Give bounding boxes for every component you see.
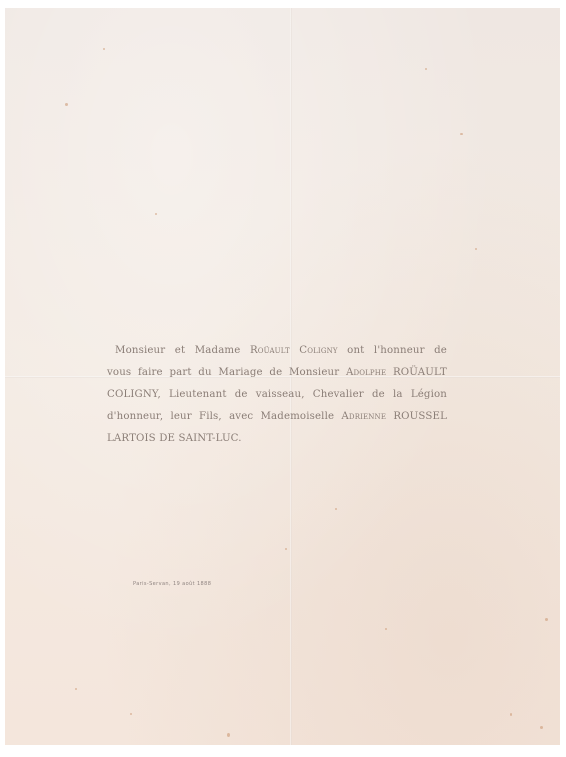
foxing-spot bbox=[65, 103, 68, 106]
foxing-spot bbox=[227, 733, 230, 737]
family-name: Roüault Coligny bbox=[250, 345, 338, 356]
place-date-line: Paris-Servan, 19 août 1888 bbox=[133, 581, 211, 587]
foxing-spot bbox=[385, 628, 387, 630]
foxing-spot bbox=[460, 133, 463, 135]
announcement-line: vous faire part du Mariage de Monsieur A… bbox=[107, 362, 447, 384]
foxing-spot bbox=[510, 713, 512, 716]
foxing-spot bbox=[130, 713, 132, 715]
foxing-spot bbox=[540, 726, 543, 729]
announcement-line: d'honneur, leur Fils, avec Mademoiselle … bbox=[107, 406, 447, 428]
announcement-line: COLIGNY, Lieutenant de vaisseau, Chevali… bbox=[107, 384, 447, 406]
foxing-spot bbox=[475, 248, 477, 250]
announcement-text: Monsieur et Madame Roüault Coligny ont l… bbox=[107, 340, 447, 450]
foxing-spot bbox=[155, 213, 157, 215]
bride-first-name: Adrienne bbox=[341, 411, 386, 422]
announcement-line: Monsieur et Madame Roüault Coligny ont l… bbox=[107, 340, 447, 362]
foxing-spot bbox=[545, 618, 548, 621]
foxing-spot bbox=[103, 48, 105, 50]
groom-first-name: Adolphe bbox=[346, 367, 386, 378]
foxing-spot bbox=[75, 688, 77, 690]
foxing-spot bbox=[285, 548, 287, 550]
foxing-spot bbox=[335, 508, 337, 510]
announcement-line: LARTOIS DE SAINT-LUC. bbox=[107, 428, 447, 450]
foxing-spot bbox=[425, 68, 427, 70]
